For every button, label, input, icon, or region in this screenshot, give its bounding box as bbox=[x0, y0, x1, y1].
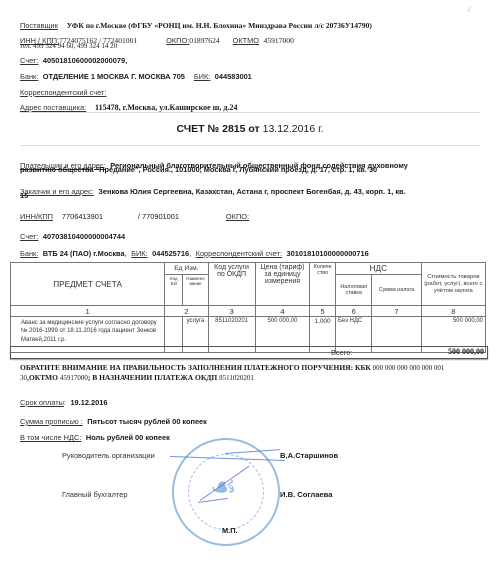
due-date-line: Срок оплаты: 19.12.2016 bbox=[20, 392, 107, 410]
customer-account-value: 40703810400000004744 bbox=[43, 232, 125, 241]
customer-bik-value: 044525716 bbox=[152, 249, 189, 258]
customer-bank-line: Банк: ВТБ 24 (ПАО) г.Москва, БИК: 044525… bbox=[20, 243, 369, 261]
supplier-oktmo-label: ОКТМО bbox=[233, 36, 259, 45]
divider bbox=[20, 112, 480, 113]
supplier-oktmo-value: 45917000 bbox=[264, 36, 294, 45]
header-total: Стоимость товаров (работ, услуг), всего … bbox=[421, 263, 485, 306]
col-number: 7 bbox=[372, 306, 421, 317]
customer-account-label: Счет: bbox=[20, 232, 38, 241]
invoice-date: 13.12.2016 г. bbox=[263, 123, 324, 135]
customer-account-line: Счет: 40703810400000004744 bbox=[20, 226, 125, 244]
supplier-bank-label: Банк bbox=[20, 72, 36, 81]
director-label: Руководитель организации bbox=[62, 451, 155, 460]
seal-label: М.П. bbox=[222, 526, 238, 535]
due-date-label: Срок оплаты bbox=[20, 398, 64, 407]
customer-label: Заказчик и его адрес: bbox=[20, 187, 94, 196]
vat-words-label: В том числе НДС: bbox=[20, 433, 81, 442]
customer-bank-label: Банк bbox=[20, 249, 36, 258]
customer-okpo-label: ОКПО: bbox=[226, 212, 249, 221]
supplier-account-label: Счет bbox=[20, 56, 36, 65]
customer-inn-line: ИНН/КПП 7706413901 / 770901001 ОКПО: bbox=[20, 206, 249, 224]
customer-bik-label: БИК bbox=[131, 249, 145, 258]
total-label: Всего: bbox=[331, 348, 352, 357]
notice-oktmo: 45917000 bbox=[60, 374, 88, 382]
notice-text-3: ; В НАЗНАЧЕНИИ ПЛАТЕЖА ОКДП bbox=[88, 373, 219, 382]
customer-inn-value: 7706413901 bbox=[62, 212, 103, 221]
supplier-account-value: 40501810600002000079, bbox=[43, 56, 127, 65]
divider bbox=[20, 145, 480, 146]
supplier-okpo-value: 01897624 bbox=[189, 36, 219, 45]
table-header-row: ПРЕДМЕТ СЧЕТА Ед Изм. Код услуги по ОКДП… bbox=[11, 263, 486, 275]
customer-corr-label: Корреспондентский счет: bbox=[196, 249, 282, 258]
customer-bank-value: ВТБ 24 (ПАО) г.Москва bbox=[43, 249, 125, 258]
notice-okdp: 8511020201 bbox=[219, 374, 254, 382]
header-qty: Количе ство bbox=[310, 263, 336, 306]
due-date-value: 19.12.2016 bbox=[70, 398, 107, 407]
customer-value-1: Зенкова Юлия Сергеевна, Казахстан, Астан… bbox=[98, 187, 405, 196]
col-number: 4 bbox=[255, 306, 310, 317]
header-vat-sum: Сумма налога bbox=[372, 275, 421, 306]
total-row: Всего: 500 000,00 bbox=[10, 346, 488, 359]
header-okdp: Код услуги по ОКДП bbox=[208, 263, 255, 306]
col-number: 3 bbox=[208, 306, 255, 317]
vat-words-value: Ноль рублей 00 копеек bbox=[86, 433, 170, 442]
accountant-label: Главный бухгалтер bbox=[62, 490, 127, 499]
supplier-address-value: 115478, г.Москва, ул.Каширское ш, д.24 bbox=[95, 103, 237, 112]
col-number: 8 bbox=[421, 306, 485, 317]
header-vat-rate: Налоговая ставка bbox=[335, 275, 371, 306]
total-value: 500 000,00 bbox=[448, 347, 484, 356]
supplier-bik-value: 044583001 bbox=[215, 72, 252, 81]
customer-value-2: 15 bbox=[20, 191, 28, 200]
invoice-number: СЧЕТ № 2815 от bbox=[176, 123, 259, 135]
header-unit: Ед Изм. bbox=[165, 263, 208, 275]
notice-text: ОБРАТИТЕ ВНИМАНИЕ НА ПРАВИЛЬНОСТЬ ЗАПОЛН… bbox=[20, 363, 373, 372]
amount-words-value: Пятьсот тысяч рублей 00 копеек bbox=[87, 417, 207, 426]
supplier-label: Поставщик bbox=[20, 21, 58, 30]
supplier-okpo-label: ОКПО bbox=[166, 36, 187, 45]
notice-text-2: ,ОКТМО bbox=[27, 373, 60, 382]
checkmark-icon: ✓ bbox=[465, 3, 475, 16]
payer-value-2: развитию общества "Предание", Россия., 1… bbox=[20, 165, 377, 174]
vat-words-line: В том числе НДС: Ноль рублей 00 копеек bbox=[20, 427, 170, 445]
payment-notice: ОБРАТИТЕ ВНИМАНИЕ НА ПРАВИЛЬНОСТЬ ЗАПОЛН… bbox=[20, 363, 480, 383]
col-number: 2 bbox=[165, 306, 208, 317]
customer-line-1: Заказчик и его адрес: Зенкова Юлия Серге… bbox=[20, 181, 406, 199]
supplier-bik-label: БИК bbox=[194, 72, 208, 81]
invoice-title: СЧЕТ № 2815 от 13.12.2016 г. bbox=[0, 123, 500, 135]
amount-words-label: Сумма прописью : bbox=[20, 417, 83, 426]
customer-inn-label: ИНН/КПП bbox=[20, 212, 53, 221]
header-subject: ПРЕДМЕТ СЧЕТА bbox=[11, 263, 165, 306]
accountant-name: И.В. Соглаева bbox=[280, 490, 332, 499]
customer-kpp-value: / 770901001 bbox=[138, 212, 179, 221]
header-vat: НДС bbox=[335, 263, 421, 275]
items-table: ПРЕДМЕТ СЧЕТА Ед Изм. Код услуги по ОКДП… bbox=[10, 262, 486, 353]
supplier-corr-label: Корреспондентский счет bbox=[20, 88, 104, 97]
header-price: Цена (тариф) за единицу измерения bbox=[255, 263, 310, 306]
header-unit-code: Код ЕИ bbox=[165, 275, 183, 306]
header-unit-name: Наимено вание bbox=[183, 275, 208, 306]
col-number: 5 bbox=[310, 306, 336, 317]
director-name: В.А.Старшинов bbox=[280, 451, 338, 460]
supplier-value: УФК по г.Москве (ФГБУ «РОНЦ им. Н.Н. Бло… bbox=[67, 21, 372, 30]
col-number: 6 bbox=[335, 306, 371, 317]
supplier-bank-value: ОТДЕЛЕНИЕ 1 МОСКВА Г. МОСКВА 705 bbox=[43, 72, 185, 81]
col-number: 1 bbox=[11, 306, 165, 317]
supplier-address-label: Адрес поставщика: bbox=[20, 103, 86, 112]
customer-corr-value: 30101810100000000716 bbox=[287, 249, 369, 258]
table-col-numbers-row: 1 2 3 4 5 6 7 8 bbox=[11, 306, 486, 317]
supplier-phone: тел. 499 324 94 60, 499 324 14 20 bbox=[20, 42, 117, 50]
